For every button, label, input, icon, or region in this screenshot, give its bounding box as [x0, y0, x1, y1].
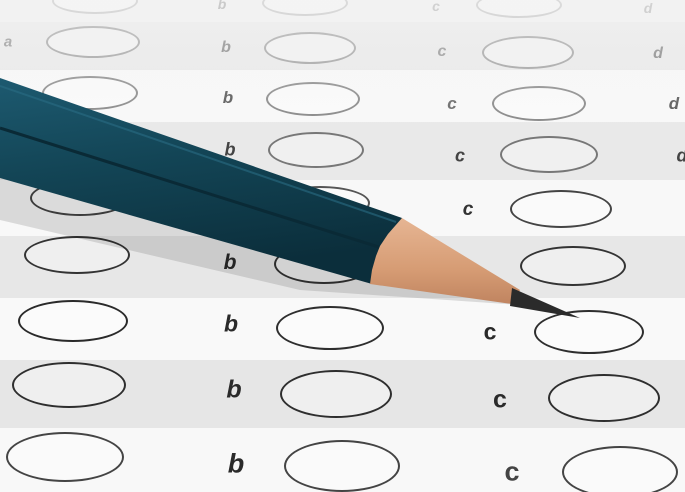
- pencil-icon: [0, 0, 685, 492]
- photo-scene: b c d a b c d b c d b c d c b b c b c b …: [0, 0, 685, 492]
